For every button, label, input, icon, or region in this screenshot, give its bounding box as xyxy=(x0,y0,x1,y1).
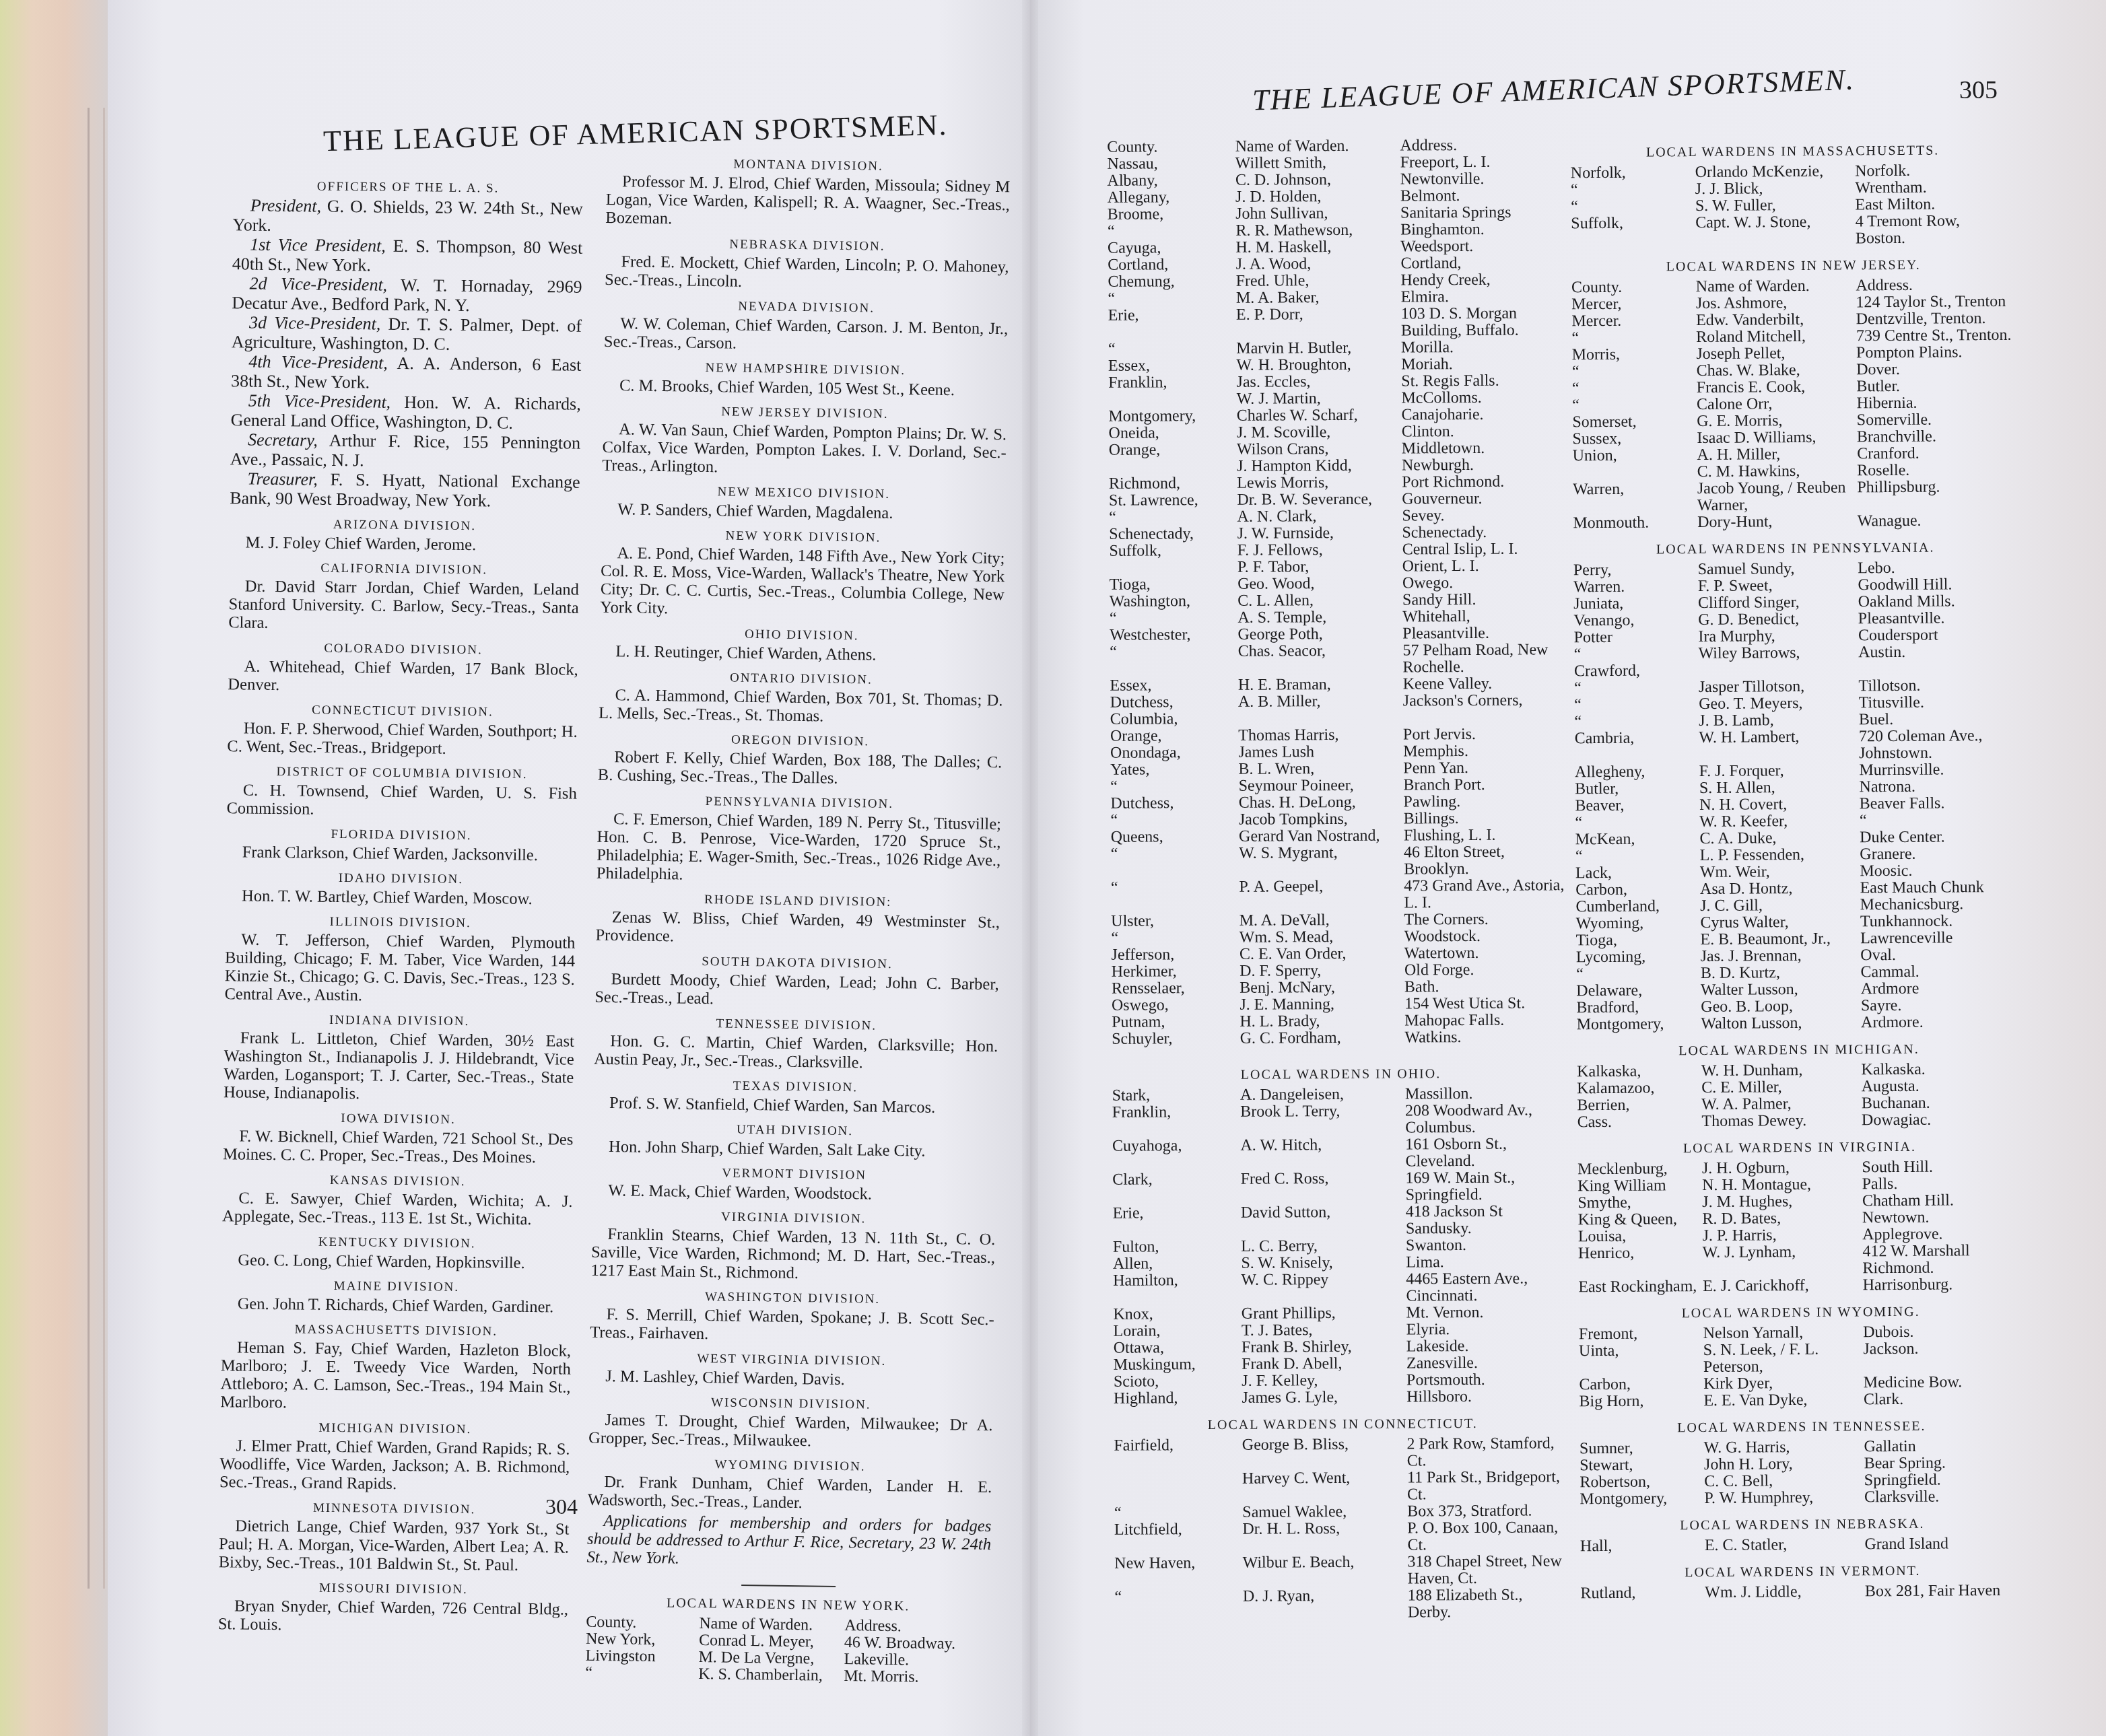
warden-county: “ xyxy=(1110,778,1239,796)
warden-row: Dutchess, Columbia,A. B. Miller,Jackson'… xyxy=(1110,692,1568,728)
division-body: F. W. Bicknell, Chief Warden, 721 School… xyxy=(223,1127,574,1167)
warden-name: Jos. Ashmore, xyxy=(1696,294,1856,312)
warden-county: Ottawa, xyxy=(1114,1340,1242,1357)
warden-name: E. E. Van Dyke, xyxy=(1703,1391,1864,1410)
warden-name: Walter Lusson, xyxy=(1701,981,1861,999)
warden-name: S. N. Leek, / F. L. Peterson, xyxy=(1703,1341,1864,1376)
warden-name: Jasper Tillotson, xyxy=(1699,678,1859,696)
warden-address: 103 D. S. Morgan Building, Buffalo. xyxy=(1401,305,1566,339)
warden-row: “R. R. Mathewson,Binghamton. xyxy=(1108,221,1565,240)
warden-name: C. L. Allen, xyxy=(1237,592,1402,610)
warden-county: King & Queen, xyxy=(1578,1211,1703,1228)
local-connecticut-table: Fairfield,George B. Bliss,2 Park Row, St… xyxy=(1114,1435,1572,1623)
warden-address: Elyria. xyxy=(1406,1321,1571,1338)
division-heading: IDAHO DIVISION. xyxy=(226,868,576,889)
division-body: Frank Clarkson, Chief Warden, Jacksonvil… xyxy=(226,843,576,864)
warden-county: Albany, xyxy=(1107,172,1235,190)
warden-county: Livingston xyxy=(585,1648,698,1666)
division-body: James T. Drought, Chief Warden, Milwauke… xyxy=(588,1411,993,1453)
warden-row: Big Horn,E. E. Van Dyke,Clark. xyxy=(1579,1391,2023,1411)
warden-name: Samuel Sundy, xyxy=(1698,560,1858,578)
warden-row: Orange,Thomas Harris,Port Jervis. xyxy=(1110,726,1568,745)
warden-name: P. A. Geepel, xyxy=(1239,878,1404,913)
warden-county: Cambria, xyxy=(1575,730,1699,764)
divisions-list-m-w: MONTANA DIVISION.Professor M. J. Elrod, … xyxy=(588,153,1011,1515)
warden-name: Thomas Dewey. xyxy=(1701,1112,1862,1130)
warden-county: Oswego, xyxy=(1112,997,1240,1014)
warden-name: Walton Lusson, xyxy=(1701,1014,1861,1033)
warden-address: 720 Coleman Ave., Johnstown. xyxy=(1859,728,2019,763)
warden-name: C. E. Miller, xyxy=(1701,1078,1862,1097)
warden-address: 208 Woodward Av., Columbus. xyxy=(1405,1102,1570,1136)
warden-name: R. D. Bates, xyxy=(1702,1210,1862,1228)
right-column-divisions: MONTANA DIVISION.Professor M. J. Elrod, … xyxy=(585,147,1011,1687)
warden-address: Central Islip, L. I. xyxy=(1402,541,1567,558)
warden-county: Henrico, xyxy=(1578,1245,1703,1279)
section-divider xyxy=(741,1585,836,1587)
warden-name: Chas. W. Blake, xyxy=(1697,361,1857,380)
warden-address: Portsmouth. xyxy=(1406,1371,1571,1389)
states-local-wardens-column: LOCAL WARDENS IN MASSACHUSETTS. Norfolk,… xyxy=(1570,132,2025,1603)
division-heading: MINNESOTA DIVISION. xyxy=(219,1498,569,1519)
warden-address: Springfield. xyxy=(1864,1471,2025,1490)
warden-county: St. Lawrence, xyxy=(1109,492,1237,510)
warden-name: J. J. Blick, xyxy=(1695,180,1856,198)
warden-county: “ xyxy=(1572,363,1697,380)
warden-county: Lorain, xyxy=(1113,1323,1242,1340)
warden-county: Fulton, xyxy=(1113,1239,1242,1256)
warden-name: L. P. Fessenden, xyxy=(1700,846,1860,864)
warden-name: James Lush xyxy=(1238,744,1403,761)
local-vermont-heading: LOCAL WARDENS IN VERMONT. xyxy=(1580,1562,2025,1583)
warden-row: Nassau,Willett Smith,Freeport, L. I. xyxy=(1107,153,1565,173)
warden-county: Warren, xyxy=(1573,481,1697,515)
warden-address: Mt. Vernon. xyxy=(1406,1304,1571,1321)
warden-address: Grand Island xyxy=(1864,1535,2025,1554)
warden-row: Dutchess,Chas. H. DeLong,Pawling. xyxy=(1110,793,1568,812)
warden-row: Herkimer,D. F. Sperry,Old Forge. xyxy=(1112,961,1569,981)
warden-county: Franklin, xyxy=(1108,374,1237,392)
book-gutter xyxy=(1022,0,1038,1736)
warden-address: Dentzville, Trenton. xyxy=(1856,310,2016,328)
warden-row: “Chas. Seacor,57 Pelham Road, New Rochel… xyxy=(1110,641,1567,678)
warden-address: Belmont. xyxy=(1400,187,1565,205)
warden-name: W. H. Lambert, xyxy=(1699,728,1859,763)
warden-address: Branch Port. xyxy=(1403,776,1568,794)
local-virginia-table: Mecklenburg,J. H. Ogburn,South Hill.King… xyxy=(1577,1158,2023,1296)
officer-role: 1st Vice President, xyxy=(250,235,386,256)
warden-county: Monmouth. xyxy=(1573,514,1697,532)
local-tennessee-heading: LOCAL WARDENS IN TENNESSEE. xyxy=(1579,1417,2024,1438)
warden-county: Allegheny, xyxy=(1575,763,1699,781)
warden-row: Knox,Grant Phillips,Mt. Vernon. xyxy=(1113,1304,1571,1323)
warden-county: “ xyxy=(1111,930,1239,947)
warden-row: P. F. Tabor,Orient, L. I. xyxy=(1110,557,1567,577)
warden-name: James G. Lyle, xyxy=(1242,1389,1406,1406)
warden-name: N. H. Montague, xyxy=(1702,1176,1862,1194)
warden-name: N. H. Covert, xyxy=(1699,796,1860,814)
warden-name: E. J. Carickhoff, xyxy=(1703,1277,1863,1295)
warden-county: East Rockingham, xyxy=(1578,1278,1703,1296)
warden-county: Smythe, xyxy=(1577,1194,1702,1212)
warden-name: Frank B. Shirley, xyxy=(1242,1338,1406,1356)
warden-address: Goodwill Hill. xyxy=(1858,576,2018,594)
officer-entry: 3d Vice-President, Dr. T. S. Palmer, Dep… xyxy=(232,312,582,355)
warden-address: Massillon. xyxy=(1405,1085,1570,1103)
warden-name: Kirk Dyer, xyxy=(1703,1375,1864,1393)
division-body: Dr. David Starr Jordan, Chief Warden, Le… xyxy=(228,577,579,635)
division-body: Professor M. J. Elrod, Chief Warden, Mis… xyxy=(605,172,1010,232)
warden-address: Medicine Bow. xyxy=(1864,1374,2024,1392)
warden-county: Oneida, xyxy=(1108,425,1237,442)
warden-name: Francis E. Cook, xyxy=(1697,378,1857,396)
warden-name: Chas. H. DeLong, xyxy=(1239,794,1404,812)
warden-address: Somerville. xyxy=(1857,411,2017,429)
warden-row: Schuyler,G. C. Fordham,Watkins. xyxy=(1112,1029,1569,1048)
warden-row: Fulton,L. C. Berry,Swanton. xyxy=(1113,1237,1571,1256)
warden-county: Norfolk, xyxy=(1571,164,1695,182)
local-nebraska-table: Hall,E. C. Statler,Grand Island xyxy=(1580,1535,2025,1556)
warden-county: “ xyxy=(1575,847,1700,865)
warden-address: Owego. xyxy=(1402,574,1567,592)
local-wyoming-table: Fremont,Nelson Yarnall,Dubois.Uinta,S. N… xyxy=(1579,1323,2024,1411)
warden-row: Hall,E. C. Statler,Grand Island xyxy=(1580,1535,2025,1556)
local-massachusetts-table: Norfolk,Orlando McKenzie,Norfolk.“J. J. … xyxy=(1571,162,2016,250)
warden-row: Chemung,Fred. Uhle,Hendy Creek, xyxy=(1108,271,1565,291)
warden-county: Putnam, xyxy=(1112,1014,1240,1031)
warden-address: Weedsport. xyxy=(1400,238,1565,255)
warden-county: Tioga, xyxy=(1576,932,1701,949)
warden-county: “ xyxy=(1571,329,1696,347)
officer-entry: Secretary, Arthur F. Rice, 155 Penningto… xyxy=(230,429,581,472)
warden-row: Montgomery,P. W. Humphrey,Clarksville. xyxy=(1579,1488,2024,1508)
warden-row: Fairfield,George B. Bliss,2 Park Row, St… xyxy=(1114,1435,1571,1471)
warden-address: 4 Tremont Row, Boston. xyxy=(1856,213,2016,248)
col-county: County. xyxy=(1571,279,1696,296)
division-heading: ILLINOIS DIVISION. xyxy=(226,911,576,933)
warden-row: Monmouth.Dory-Hunt,Wanague. xyxy=(1573,512,2017,532)
warden-name: F. J. Forquer, xyxy=(1699,762,1860,780)
warden-row: Ulster,M. A. DeVall,The Corners. xyxy=(1111,911,1569,930)
warden-name: Wm. Weir, xyxy=(1700,863,1860,881)
warden-county: Westchester, xyxy=(1110,627,1238,644)
warden-name: J. A. Wood, xyxy=(1236,256,1401,273)
warden-county: Rutland, xyxy=(1580,1585,1705,1602)
warden-county: Montgomery, xyxy=(1579,1490,1704,1508)
warden-county: “ xyxy=(1110,610,1238,627)
warden-county: Richmond, xyxy=(1109,475,1237,493)
warden-address: Oval. xyxy=(1860,946,2020,965)
warden-name: Seymour Poineer, xyxy=(1239,777,1404,795)
warden-name: Lewis Morris, xyxy=(1237,475,1402,492)
warden-row: Ottawa,Frank B. Shirley,Lakeside. xyxy=(1114,1338,1571,1357)
warden-name: G. C. Fordham, xyxy=(1240,1029,1405,1047)
local-new-jersey-heading: LOCAL WARDENS IN NEW JERSEY. xyxy=(1571,256,2016,277)
warden-row: Onondaga,James LushMemphis. xyxy=(1110,742,1568,762)
warden-county: Litchfield, xyxy=(1114,1521,1243,1556)
warden-address: Newtonville. xyxy=(1400,170,1565,188)
warden-name: J. F. Kelley, xyxy=(1242,1372,1406,1389)
warden-county: Allen, xyxy=(1113,1255,1242,1273)
warden-county: Cortland, xyxy=(1108,256,1236,274)
warden-county: Cass. xyxy=(1577,1113,1702,1131)
applications-note: Applications for membership and orders f… xyxy=(586,1512,991,1572)
warden-name: Jacob Young, / Reuben Warner, xyxy=(1697,479,1858,514)
warden-row: Scioto,J. F. Kelley,Portsmouth. xyxy=(1114,1371,1571,1391)
warden-address: Lakeside. xyxy=(1406,1338,1571,1355)
warden-address: Cranford. xyxy=(1857,445,2017,463)
warden-name: P. W. Humphrey, xyxy=(1704,1489,1864,1507)
division-body: Dietrich Lange, Chief Warden, 937 York S… xyxy=(219,1517,570,1574)
warden-name: W. S. Mygrant, xyxy=(1239,845,1404,879)
division-heading: INDIANA DIVISION. xyxy=(224,1010,574,1031)
warden-name: Ira Murphy, xyxy=(1698,627,1858,646)
warden-row: Cass.Thomas Dewey.Dowagiac. xyxy=(1577,1111,2022,1132)
warden-address: Morilla. xyxy=(1401,339,1566,356)
local-ny-heading: LOCAL WARDENS IN NEW YORK. xyxy=(586,1593,990,1617)
warden-address: Bath. xyxy=(1404,978,1569,996)
warden-county: Stark, xyxy=(1112,1087,1241,1105)
warden-row: Albany,C. D. Johnson,Newtonville. xyxy=(1107,170,1565,190)
warden-county: Essex, xyxy=(1110,677,1238,695)
warden-address: Coudersport xyxy=(1858,627,2018,645)
officer-role: Treasurer, xyxy=(247,469,318,489)
warden-name: Fred C. Ross, xyxy=(1241,1170,1406,1204)
warden-name: E. C. Statler, xyxy=(1705,1536,1865,1554)
warden-row: “D. J. Ryan,188 Elizabeth St., Derby. xyxy=(1115,1587,1573,1623)
warden-address: East Mauch Chunk xyxy=(1860,879,2020,897)
warden-name: Edw. Vanderbilt, xyxy=(1696,311,1856,329)
warden-county: Louisa, xyxy=(1578,1228,1703,1245)
warden-address: P. O. Box 100, Canaan, Ct. xyxy=(1407,1519,1572,1554)
left-column-officers-divisions: OFFICERS OF THE L. A. S. President, G. O… xyxy=(218,170,584,1636)
warden-name: Clifford Singer, xyxy=(1698,594,1858,612)
warden-address: Pawling. xyxy=(1404,793,1569,810)
divisions-list-a-m: ARIZONA DIVISION.M. J. Foley Chief Warde… xyxy=(218,514,580,1636)
warden-county: Uinta, xyxy=(1579,1342,1703,1377)
warden-county: Tioga, xyxy=(1110,576,1238,594)
warden-name: Jacob Tompkins, xyxy=(1239,811,1404,829)
warden-address: “ xyxy=(1860,812,2020,830)
warden-row: “Marvin H. Butler,Morilla. xyxy=(1108,339,1566,358)
warden-name: J. E. Manning, xyxy=(1239,996,1404,1013)
warden-address: Bear Spring. xyxy=(1864,1455,2024,1473)
warden-name: J. W. Furnside, xyxy=(1237,525,1402,543)
warden-address: Murrinsville. xyxy=(1859,761,2019,779)
warden-address: Harrisonburg. xyxy=(1863,1276,2023,1294)
warden-county: Yates, xyxy=(1110,761,1239,779)
warden-name: Dr. B. W. Severance, xyxy=(1237,491,1402,509)
warden-name: Charles W. Scharf, xyxy=(1237,407,1402,425)
warden-address: Jackson's Corners, xyxy=(1403,692,1568,726)
warden-address: Watertown. xyxy=(1404,944,1569,962)
division-body: F. S. Merrill, Chief Warden, Spokane; J.… xyxy=(590,1305,994,1347)
warden-name: A. S. Temple, xyxy=(1237,609,1402,627)
warden-name: L. C. Berry, xyxy=(1241,1237,1406,1255)
local-vermont-table: Rutland,Wm. J. Liddle,Box 281, Fair Have… xyxy=(1580,1583,2025,1603)
officer-role: President, xyxy=(250,196,321,216)
warden-name: Wm. S. Mead, xyxy=(1239,929,1404,946)
warden-county: Cuyahoga, xyxy=(1112,1138,1241,1172)
division-body: A. Whitehead, Chief Warden, 17 Bank Bloc… xyxy=(228,657,578,697)
division-body: A. E. Pond, Chief Warden, 148 Fifth Ave.… xyxy=(600,544,1005,622)
warden-county: Cayuga, xyxy=(1108,240,1236,257)
warden-address: Port Jervis. xyxy=(1403,726,1568,743)
warden-address: East Milton. xyxy=(1855,196,2015,214)
division-body: Franklin Stearns, Chief Warden, 13 N. 11… xyxy=(590,1225,995,1285)
warden-county: Butler, xyxy=(1575,780,1699,798)
warden-row: Suffolk,Capt. W. J. Stone,4 Tremont Row,… xyxy=(1571,213,2015,250)
warden-address: 169 W. Main St., Springfield. xyxy=(1405,1169,1570,1204)
warden-name: W. H. Broughton, xyxy=(1236,357,1401,374)
warden-row: Richmond,Lewis Morris,Port Richmond. xyxy=(1109,473,1567,493)
warden-row: Putnam,H. L. Brady,Mahopac Falls. xyxy=(1112,1012,1569,1031)
warden-address: Clinton. xyxy=(1402,423,1567,440)
warden-name: Dr. H. L. Ross, xyxy=(1242,1520,1407,1554)
warden-name: C. M. Hawkins, xyxy=(1697,462,1858,481)
warden-county: Washington, xyxy=(1110,593,1238,611)
warden-address: Schenectady. xyxy=(1402,524,1567,541)
warden-address: Oakland Mills. xyxy=(1858,593,2018,611)
warden-name: Joseph Pellet, xyxy=(1696,345,1856,363)
warden-name: D. J. Ryan, xyxy=(1243,1587,1408,1622)
warden-county: “ xyxy=(1108,223,1236,240)
warden-county: “ xyxy=(1572,380,1697,397)
local-ny-continued-table: County. Name of Warden. Address. Nassau,… xyxy=(1107,137,1569,1048)
warden-row: “Jacob Tompkins,Billings. xyxy=(1110,810,1568,829)
local-wyoming-heading: LOCAL WARDENS IN WYOMING. xyxy=(1579,1303,2023,1324)
division-body: Heman S. Fay, Chief Warden, Hazleton Blo… xyxy=(220,1338,571,1414)
warden-county: Clark, xyxy=(1112,1171,1241,1206)
warden-name: Geo. B. Loop, xyxy=(1701,998,1861,1016)
warden-name: M. A. Baker, xyxy=(1236,289,1401,307)
warden-name: Geo. T. Meyers, xyxy=(1699,695,1859,713)
division-heading: IOWA DIVISION. xyxy=(224,1108,574,1130)
warden-name: Benj. McNary, xyxy=(1239,979,1404,996)
warden-row: Franklin,Jas. Eccles,St. Regis Falls. xyxy=(1108,372,1566,392)
division-body: Hon. G. C. Martin, Chief Warden, Clarksv… xyxy=(594,1032,998,1074)
division-heading: FLORIDA DIVISION. xyxy=(226,824,576,845)
warden-county: Lycoming, xyxy=(1576,948,1701,966)
warden-county: “ xyxy=(1110,812,1239,829)
warden-name: George B. Bliss, xyxy=(1242,1436,1407,1470)
warden-name: R. R. Mathewson, xyxy=(1235,222,1400,240)
warden-name: H. M. Haskell, xyxy=(1235,239,1400,256)
warden-address: Port Richmond. xyxy=(1402,473,1567,491)
book-page-edges xyxy=(0,0,108,1736)
division-body: Gen. John T. Richards, Chief Warden, Gar… xyxy=(222,1294,572,1316)
warden-name: Asa D. Hontz, xyxy=(1700,880,1860,898)
warden-row: Cambria,W. H. Lambert,720 Coleman Ave., … xyxy=(1575,728,2019,765)
officer-role: 4th Vice-President, xyxy=(248,352,388,373)
warden-name: F. J. Fellows, xyxy=(1237,542,1402,559)
page-edge-lines xyxy=(88,108,105,1589)
warden-name: John H. Lory, xyxy=(1704,1455,1864,1473)
officers-heading: OFFICERS OF THE L. A. S. xyxy=(233,176,583,198)
warden-name: Wilbur E. Beach, xyxy=(1243,1554,1408,1588)
warden-name: Marvin H. Butler, xyxy=(1236,340,1401,357)
officer-entry: 2d Vice-President, W. T. Hornaday, 2969 … xyxy=(232,273,582,316)
warden-name: W. H. Dunham, xyxy=(1701,1062,1862,1080)
warden-address: Natrona. xyxy=(1859,778,2019,796)
warden-row: Hamilton,W. C. Rippey4465 Eastern Ave., … xyxy=(1113,1270,1571,1307)
warden-county: Sumner, xyxy=(1579,1440,1704,1457)
warden-county: Scioto, xyxy=(1114,1373,1242,1391)
warden-name: E. B. Beaumont, Jr., xyxy=(1700,930,1860,948)
warden-county: Fairfield, xyxy=(1114,1437,1242,1471)
warden-address: Mt. Morris. xyxy=(844,1668,989,1687)
warden-county: Potter xyxy=(1574,629,1699,646)
warden-address: Swanton. xyxy=(1406,1237,1571,1254)
warden-address: Flushing, L. I. xyxy=(1404,827,1569,844)
warden-name: Grant Phillips, xyxy=(1242,1305,1406,1322)
warden-name: J. D. Holden, xyxy=(1235,188,1400,206)
warden-name: Roland Mitchell, xyxy=(1696,328,1856,346)
warden-county: Herkimer, xyxy=(1112,963,1240,981)
warden-county xyxy=(1108,391,1237,409)
warden-address: 418 Jackson St Sandusky. xyxy=(1406,1203,1571,1237)
warden-county: Venango, xyxy=(1573,612,1698,629)
warden-address: Whitehall, xyxy=(1402,608,1567,625)
local-nebraska-heading: LOCAL WARDENS IN NEBRASKA. xyxy=(1580,1515,2025,1536)
local-tennessee-table: Sumner,W. G. Harris,GallatinStewart,John… xyxy=(1579,1438,2025,1508)
division-heading: DISTRICT OF COLUMBIA DIVISION. xyxy=(227,762,577,784)
warden-row: Yates,B. L. Wren,Penn Yan. xyxy=(1110,759,1568,779)
warden-address: Watkins. xyxy=(1404,1029,1569,1046)
division-heading: KANSAS DIVISION. xyxy=(223,1170,573,1191)
warden-county: Hamilton, xyxy=(1113,1272,1242,1307)
warden-address: 46 Elton Street, Brooklyn. xyxy=(1404,843,1569,878)
warden-name: A. H. Miller, xyxy=(1697,446,1857,464)
warden-address: 124 Taylor St., Trenton xyxy=(1856,293,2016,312)
division-body: W. W. Coleman, Chief Warden, Carson. J. … xyxy=(604,314,1009,356)
warden-name: M. A. DeVall, xyxy=(1239,912,1404,930)
warden-county: Jefferson, xyxy=(1112,946,1240,964)
warden-county: Somerset, xyxy=(1572,413,1697,431)
warden-name: K. S. Chamberlain, xyxy=(698,1666,844,1685)
warden-county: Sussex, xyxy=(1572,430,1697,448)
col-name: Name of Warden. xyxy=(1696,277,1856,296)
warden-address: Ardmore. xyxy=(1861,1014,2021,1032)
warden-name: B. L. Wren, xyxy=(1238,761,1403,778)
warden-county: Allegany, xyxy=(1108,189,1236,207)
warden-county: Morris, xyxy=(1572,346,1697,363)
warden-name: Geo. Wood, xyxy=(1237,576,1402,593)
warden-name: C. A. Duke, xyxy=(1699,829,1860,847)
warden-address: Tillotson. xyxy=(1858,677,2018,695)
warden-address: Cortland, xyxy=(1400,254,1565,272)
warden-row: Muskingum,Frank D. Abell,Zanesville. xyxy=(1114,1354,1571,1374)
warden-row: Washington,C. L. Allen,Sandy Hill. xyxy=(1110,591,1567,611)
warden-county: “ xyxy=(1571,198,1695,215)
warden-address: Dubois. xyxy=(1863,1323,2023,1342)
division-body: C. H. Townsend, Chief Warden, U. S. Fish… xyxy=(226,781,577,821)
warden-county: Juniata, xyxy=(1573,595,1698,613)
warden-county: Rensselaer, xyxy=(1112,980,1240,998)
warden-row: Erie,E. P. Dorr,103 D. S. Morgan Buildin… xyxy=(1108,305,1566,341)
warden-county: “ xyxy=(1109,509,1237,526)
warden-address: Zanesville. xyxy=(1406,1354,1571,1372)
warden-row: Highland,James G. Lyle,Hillsboro. xyxy=(1114,1388,1571,1408)
warden-county: “ xyxy=(1110,644,1238,678)
warden-address: McColloms. xyxy=(1401,389,1566,407)
warden-name: Cyrus Walter, xyxy=(1700,913,1860,932)
warden-name: E. P. Dorr, xyxy=(1236,306,1401,341)
warden-row: Harvey C. Went,11 Park St., Bridgeport, … xyxy=(1114,1469,1572,1505)
warden-county xyxy=(1114,1471,1243,1505)
warden-address: Palls. xyxy=(1862,1175,2023,1193)
officer-entry: Treasurer, F. S. Hyatt, National Exchang… xyxy=(230,468,580,511)
